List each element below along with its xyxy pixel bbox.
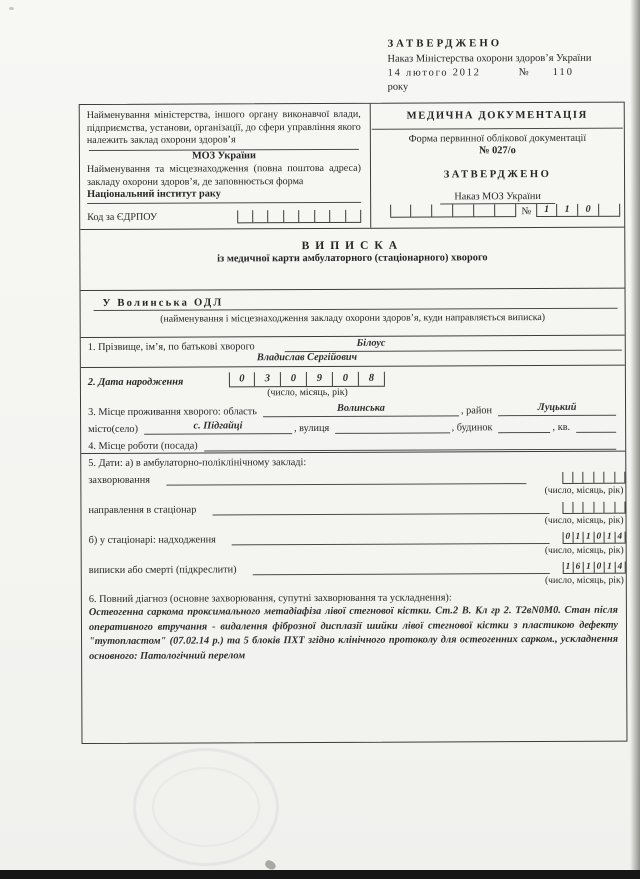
order-date-cell <box>411 205 432 217</box>
edrpou-cell <box>237 210 253 222</box>
order-date-cells <box>390 204 516 218</box>
approval-header-order: Наказ Міністерства охорони здоров’я Укра… <box>387 52 639 67</box>
workplace-line: 4. Місце роботи (посада) <box>88 433 618 452</box>
destination-line: У Волинська ОДЛ <box>94 296 618 311</box>
date-row-cells <box>562 472 625 484</box>
date-row-blank <box>232 531 550 545</box>
edrpou-cells <box>237 210 361 224</box>
date-row-caption: (число, місяць, рік) <box>89 574 626 591</box>
patient-surname-value: Білоус <box>285 337 622 352</box>
date-cell: 1 <box>605 562 616 573</box>
date-cell: 1 <box>563 562 574 573</box>
workplace-value-blank <box>204 436 617 452</box>
date-row-blank <box>253 561 550 575</box>
scan-edge-right <box>630 0 640 879</box>
order-date-cell <box>453 204 474 216</box>
order-number-cells: 1 1 0 <box>536 204 620 217</box>
ministry-caption: Найменування міністерства, іншого органу… <box>87 109 361 148</box>
edrpou-label: Код за ЄДРПОУ <box>87 211 157 224</box>
date-row-main: б) у стаціонарі: надходження 0 1 1 0 1 4 <box>89 529 626 546</box>
date-row-illness: захворювання (число, місяць, рік) <box>88 469 625 501</box>
date-cell <box>573 502 584 513</box>
date-cell: 1 <box>573 532 584 543</box>
order-date-cell <box>390 205 411 217</box>
approval-header-date-row: 14 лютого 2012 № 110 <box>388 66 640 81</box>
patient-given-names-value: Владислав Сергійович <box>92 351 621 367</box>
date-row-cells <box>562 502 625 514</box>
approval-header-year-word: року <box>388 79 640 94</box>
form-body-frame: Найменування міністерства, іншого органу… <box>79 102 628 744</box>
date-cell: 6 <box>573 562 584 573</box>
date-row-admission: б) у стаціонарі: надходження 0 1 1 0 1 4… <box>89 529 626 561</box>
diagnosis-text: Остеогенна саркома проксимального метаді… <box>89 604 618 665</box>
date-cell <box>583 502 594 513</box>
date-row-label: захворювання <box>88 475 150 486</box>
residence-line-2: місто(село) с. Підгайці , вулиця , будин… <box>88 416 618 435</box>
approval-header-number-value: 110 <box>553 66 574 80</box>
date-row-main: виписки або смерті (підкреслити) 1 6 1 0… <box>89 559 626 576</box>
apartment-label: , кв. <box>553 422 571 433</box>
birth-date-cells: 0 3 0 9 0 8 <box>229 372 385 388</box>
residence-label: 3. Місце проживання хворого: область <box>88 406 257 418</box>
date-cell: 4 <box>615 562 626 573</box>
form-header-row: Найменування міністерства, іншого органу… <box>80 103 625 230</box>
apartment-value-blank <box>576 419 616 433</box>
edrpou-row: Код за ЄДРПОУ <box>87 210 361 224</box>
date-row-cells: 1 6 1 0 1 4 <box>563 562 626 574</box>
medical-extract-form: ЗАТВЕРДЖЕНО Наказ Міністерства охорони з… <box>0 0 633 879</box>
extract-title: ВИПИСКА <box>80 239 624 253</box>
scanned-page: ЗАТВЕРДЖЕНО Наказ Міністерства охорони з… <box>0 0 640 879</box>
date-row-label: виписки або смерті (підкреслити) <box>89 564 237 576</box>
date-cell <box>573 472 584 483</box>
birth-date-label: 2. Дата народження <box>88 376 229 388</box>
date-cell <box>562 502 573 513</box>
date-row-discharge: виписки або смерті (підкреслити) 1 6 1 0… <box>89 559 626 591</box>
date-cell: 4 <box>615 532 626 543</box>
district-label: , район <box>461 405 492 416</box>
patient-details-rows: 2. Дата народження 0 3 0 9 0 8 (число, м… <box>81 366 625 454</box>
doc-order-line: Наказ МОЗ України <box>371 191 624 205</box>
edrpou-cell <box>268 210 284 222</box>
birth-date-cell: 8 <box>359 372 385 386</box>
date-cell: 0 <box>594 532 605 543</box>
date-cell: 1 <box>584 532 595 543</box>
doc-number-sign: № <box>521 206 531 217</box>
date-cell <box>594 502 605 513</box>
form-type-caption: Форма первинної облікової документації <box>371 133 624 145</box>
order-number-cell: 0 <box>578 204 599 216</box>
patient-name-row: 1. Прізвище, ім’я, по батькові хворого Б… <box>81 336 625 368</box>
facility-value: Національний інститут раку <box>87 188 361 204</box>
order-number-cell: 1 <box>536 204 557 216</box>
birth-date-cell: 0 <box>333 372 359 386</box>
date-cell <box>615 472 626 483</box>
district-value: Луцький <box>498 402 616 417</box>
order-number-cell <box>599 204 620 216</box>
date-row-blank <box>166 471 526 486</box>
date-cell: 1 <box>605 532 616 543</box>
date-cell <box>562 472 573 483</box>
order-date-cell <box>495 204 516 216</box>
date-row-main: направлення в стаціонар <box>88 499 625 516</box>
date-cell <box>615 502 626 513</box>
approval-header-title: ЗАТВЕРДЖЕНО <box>387 36 639 51</box>
facility-caption: Найменування та місцезнаходження (повна … <box>87 163 361 189</box>
date-row-referral: направлення в стаціонар (число, місяць, … <box>88 499 625 531</box>
date-cell: 0 <box>563 532 574 543</box>
order-date-cell <box>474 204 495 216</box>
birth-date-caption: (число, місяць, рік) <box>229 387 386 401</box>
birth-date-cell: 3 <box>255 372 281 386</box>
order-number-cell: 1 <box>557 204 578 216</box>
residence-line-1: 3. Місце проживання хворого: область Вол… <box>88 399 618 418</box>
building-label: , будинок <box>452 422 493 433</box>
birth-date-line: 2. Дата народження 0 3 0 9 0 8 <box>88 369 618 388</box>
dates-and-diagnosis-section: 5. Дати: а) в амбулаторно-поліклінічному… <box>81 452 626 743</box>
date-cell <box>594 472 605 483</box>
patient-name-line: 1. Прізвище, ім’я, по батькові хворого Б… <box>88 337 622 353</box>
street-label: , вулиця <box>294 423 329 434</box>
approval-header-date: 14 лютого 2012 <box>388 66 481 80</box>
date-row-label: б) у стаціонарі: надходження <box>89 534 216 546</box>
destination-row: У Волинська ОДЛ (найменування і місцезна… <box>81 289 625 338</box>
date-cell: 1 <box>584 562 595 573</box>
date-row-label: направлення в стаціонар <box>88 505 196 516</box>
approval-header: ЗАТВЕРДЖЕНО Наказ Міністерства охорони з… <box>387 36 639 95</box>
extract-subtitle: із медичної карти амбулаторного (стаціон… <box>80 252 624 265</box>
edrpou-cell <box>253 210 269 222</box>
date-cell <box>604 472 615 483</box>
ministry-value: МОЗ України <box>87 149 361 163</box>
destination-value: У Волинська ОДЛ <box>103 297 224 309</box>
issuer-cell: Найменування міністерства, іншого органу… <box>80 104 372 229</box>
birth-date-cell: 0 <box>229 372 255 386</box>
date-cell <box>583 472 594 483</box>
date-cell <box>604 502 615 513</box>
edrpou-cell <box>346 210 362 222</box>
dates-section-heading: 5. Дати: а) в амбулаторно-поліклінічному… <box>88 456 625 469</box>
documentation-title: МЕДИЧНА ДОКУМЕНТАЦІЯ <box>372 110 623 130</box>
doc-order-label: Наказ МОЗ України <box>440 191 555 204</box>
date-row-cells: 0 1 1 0 1 4 <box>563 532 626 544</box>
form-number: № 027/о <box>371 145 624 157</box>
edrpou-cell <box>330 210 346 222</box>
scan-edge-bottom <box>0 870 640 879</box>
street-value-blank <box>335 419 449 433</box>
birth-date-cell: 0 <box>281 372 307 386</box>
documentation-cell: МЕДИЧНА ДОКУМЕНТАЦІЯ Форма первинної обл… <box>371 103 625 228</box>
doc-approved-label: ЗАТВЕРДЖЕНО <box>371 169 624 181</box>
order-date-cell <box>432 204 453 216</box>
edrpou-cell <box>299 210 315 222</box>
diagnosis-label: 6. Повний діагноз (основне захворювання,… <box>89 592 618 605</box>
workplace-label: 4. Місце роботи (посада) <box>88 441 198 452</box>
date-cell: 0 <box>594 562 605 573</box>
doc-order-cells-row: № 1 1 0 <box>371 204 624 218</box>
diagnosis-block: 6. Повний діагноз (основне захворювання,… <box>89 592 626 665</box>
birth-date-cell: 9 <box>307 372 333 386</box>
region-value: Волинська <box>263 402 459 417</box>
patient-name-label: 1. Прізвище, ім’я, по батькові хворого <box>88 341 255 353</box>
edrpou-cell <box>284 210 300 222</box>
extract-title-row: ВИПИСКА із медичної карти амбулаторного … <box>80 228 624 291</box>
building-value-blank <box>498 419 550 433</box>
date-row-blank <box>212 501 549 515</box>
city-label: місто(село) <box>88 424 138 435</box>
edrpou-cell <box>315 210 331 222</box>
destination-caption: (найменування і місцезнаходження закладу… <box>81 312 625 325</box>
approval-header-number-sign: № <box>519 66 529 80</box>
city-value: с. Підгайці <box>144 420 292 435</box>
